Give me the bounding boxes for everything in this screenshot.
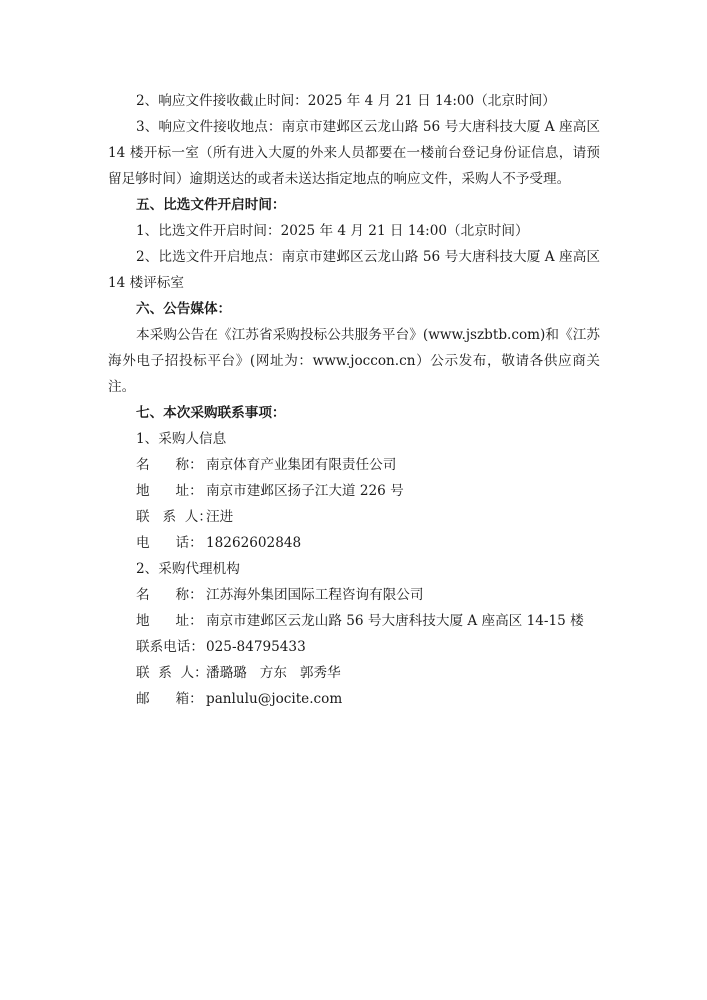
agency-name: 江苏海外集团国际工程咨询有限公司 bbox=[206, 582, 424, 608]
field-label: 地 址： bbox=[136, 608, 206, 634]
opening-time-item: 1、比选文件开启时间：2025 年 4 月 21 日 14:00（北京时间） bbox=[108, 218, 600, 244]
agency-phone-row: 联系电话： 025-84795433 bbox=[108, 634, 600, 660]
purchaser-contact: 汪进 bbox=[206, 504, 233, 530]
agency-title: 2、采购代理机构 bbox=[108, 556, 600, 582]
purchaser-contact-row: 联 系 人： 汪进 bbox=[108, 504, 600, 530]
field-label: 电 话： bbox=[136, 530, 206, 556]
purchaser-phone-row: 电 话： 18262602848 bbox=[108, 530, 600, 556]
field-label: 联系电话： bbox=[136, 634, 206, 660]
agency-email: panlulu@jocite.com bbox=[206, 686, 342, 712]
submission-location-item: 3、响应文件接收地点：南京市建邺区云龙山路 56 号大唐科技大厦 A 座高区 1… bbox=[108, 114, 600, 192]
purchaser-phone: 18262602848 bbox=[206, 530, 301, 556]
agency-contacts: 潘璐璐 方东 郭秀华 bbox=[206, 660, 341, 686]
agency-address-row: 地 址： 南京市建邺区云龙山路 56 号大唐科技大厦 A 座高区 14-15 楼 bbox=[108, 608, 600, 634]
purchaser-name: 南京体育产业集团有限责任公司 bbox=[206, 452, 396, 478]
agency-phone: 025-84795433 bbox=[206, 634, 306, 660]
deadline-item: 2、响应文件接收截止时间：2025 年 4 月 21 日 14:00（北京时间） bbox=[108, 88, 600, 114]
field-label: 地 址： bbox=[136, 478, 206, 504]
purchaser-name-row: 名 称： 南京体育产业集团有限责任公司 bbox=[108, 452, 600, 478]
section5-heading: 五、比选文件开启时间： bbox=[108, 192, 600, 218]
media-paragraph: 本采购公告在《江苏省采购投标公共服务平台》(www.jszbtb.com)和《江… bbox=[108, 322, 600, 400]
purchaser-title: 1、采购人信息 bbox=[108, 426, 600, 452]
field-label: 名 称： bbox=[136, 582, 206, 608]
field-label: 联 系 人： bbox=[136, 504, 206, 530]
agency-address: 南京市建邺区云龙山路 56 号大唐科技大厦 A 座高区 14-15 楼 bbox=[206, 608, 584, 634]
document-page: 2、响应文件接收截止时间：2025 年 4 月 21 日 14:00（北京时间）… bbox=[108, 88, 600, 712]
field-label: 名 称： bbox=[136, 452, 206, 478]
agency-contact-row: 联 系 人： 潘璐璐 方东 郭秀华 bbox=[108, 660, 600, 686]
section7-heading: 七、本次采购联系事项： bbox=[108, 400, 600, 426]
field-label: 邮 箱： bbox=[136, 686, 206, 712]
purchaser-address-row: 地 址： 南京市建邺区扬子江大道 226 号 bbox=[108, 478, 600, 504]
agency-email-row: 邮 箱： panlulu@jocite.com bbox=[108, 686, 600, 712]
field-label: 联 系 人： bbox=[136, 660, 206, 686]
purchaser-address: 南京市建邺区扬子江大道 226 号 bbox=[206, 478, 404, 504]
opening-location-item: 2、比选文件开启地点：南京市建邺区云龙山路 56 号大唐科技大厦 A 座高区 1… bbox=[108, 244, 600, 296]
section6-heading: 六、公告媒体： bbox=[108, 296, 600, 322]
agency-name-row: 名 称： 江苏海外集团国际工程咨询有限公司 bbox=[108, 582, 600, 608]
